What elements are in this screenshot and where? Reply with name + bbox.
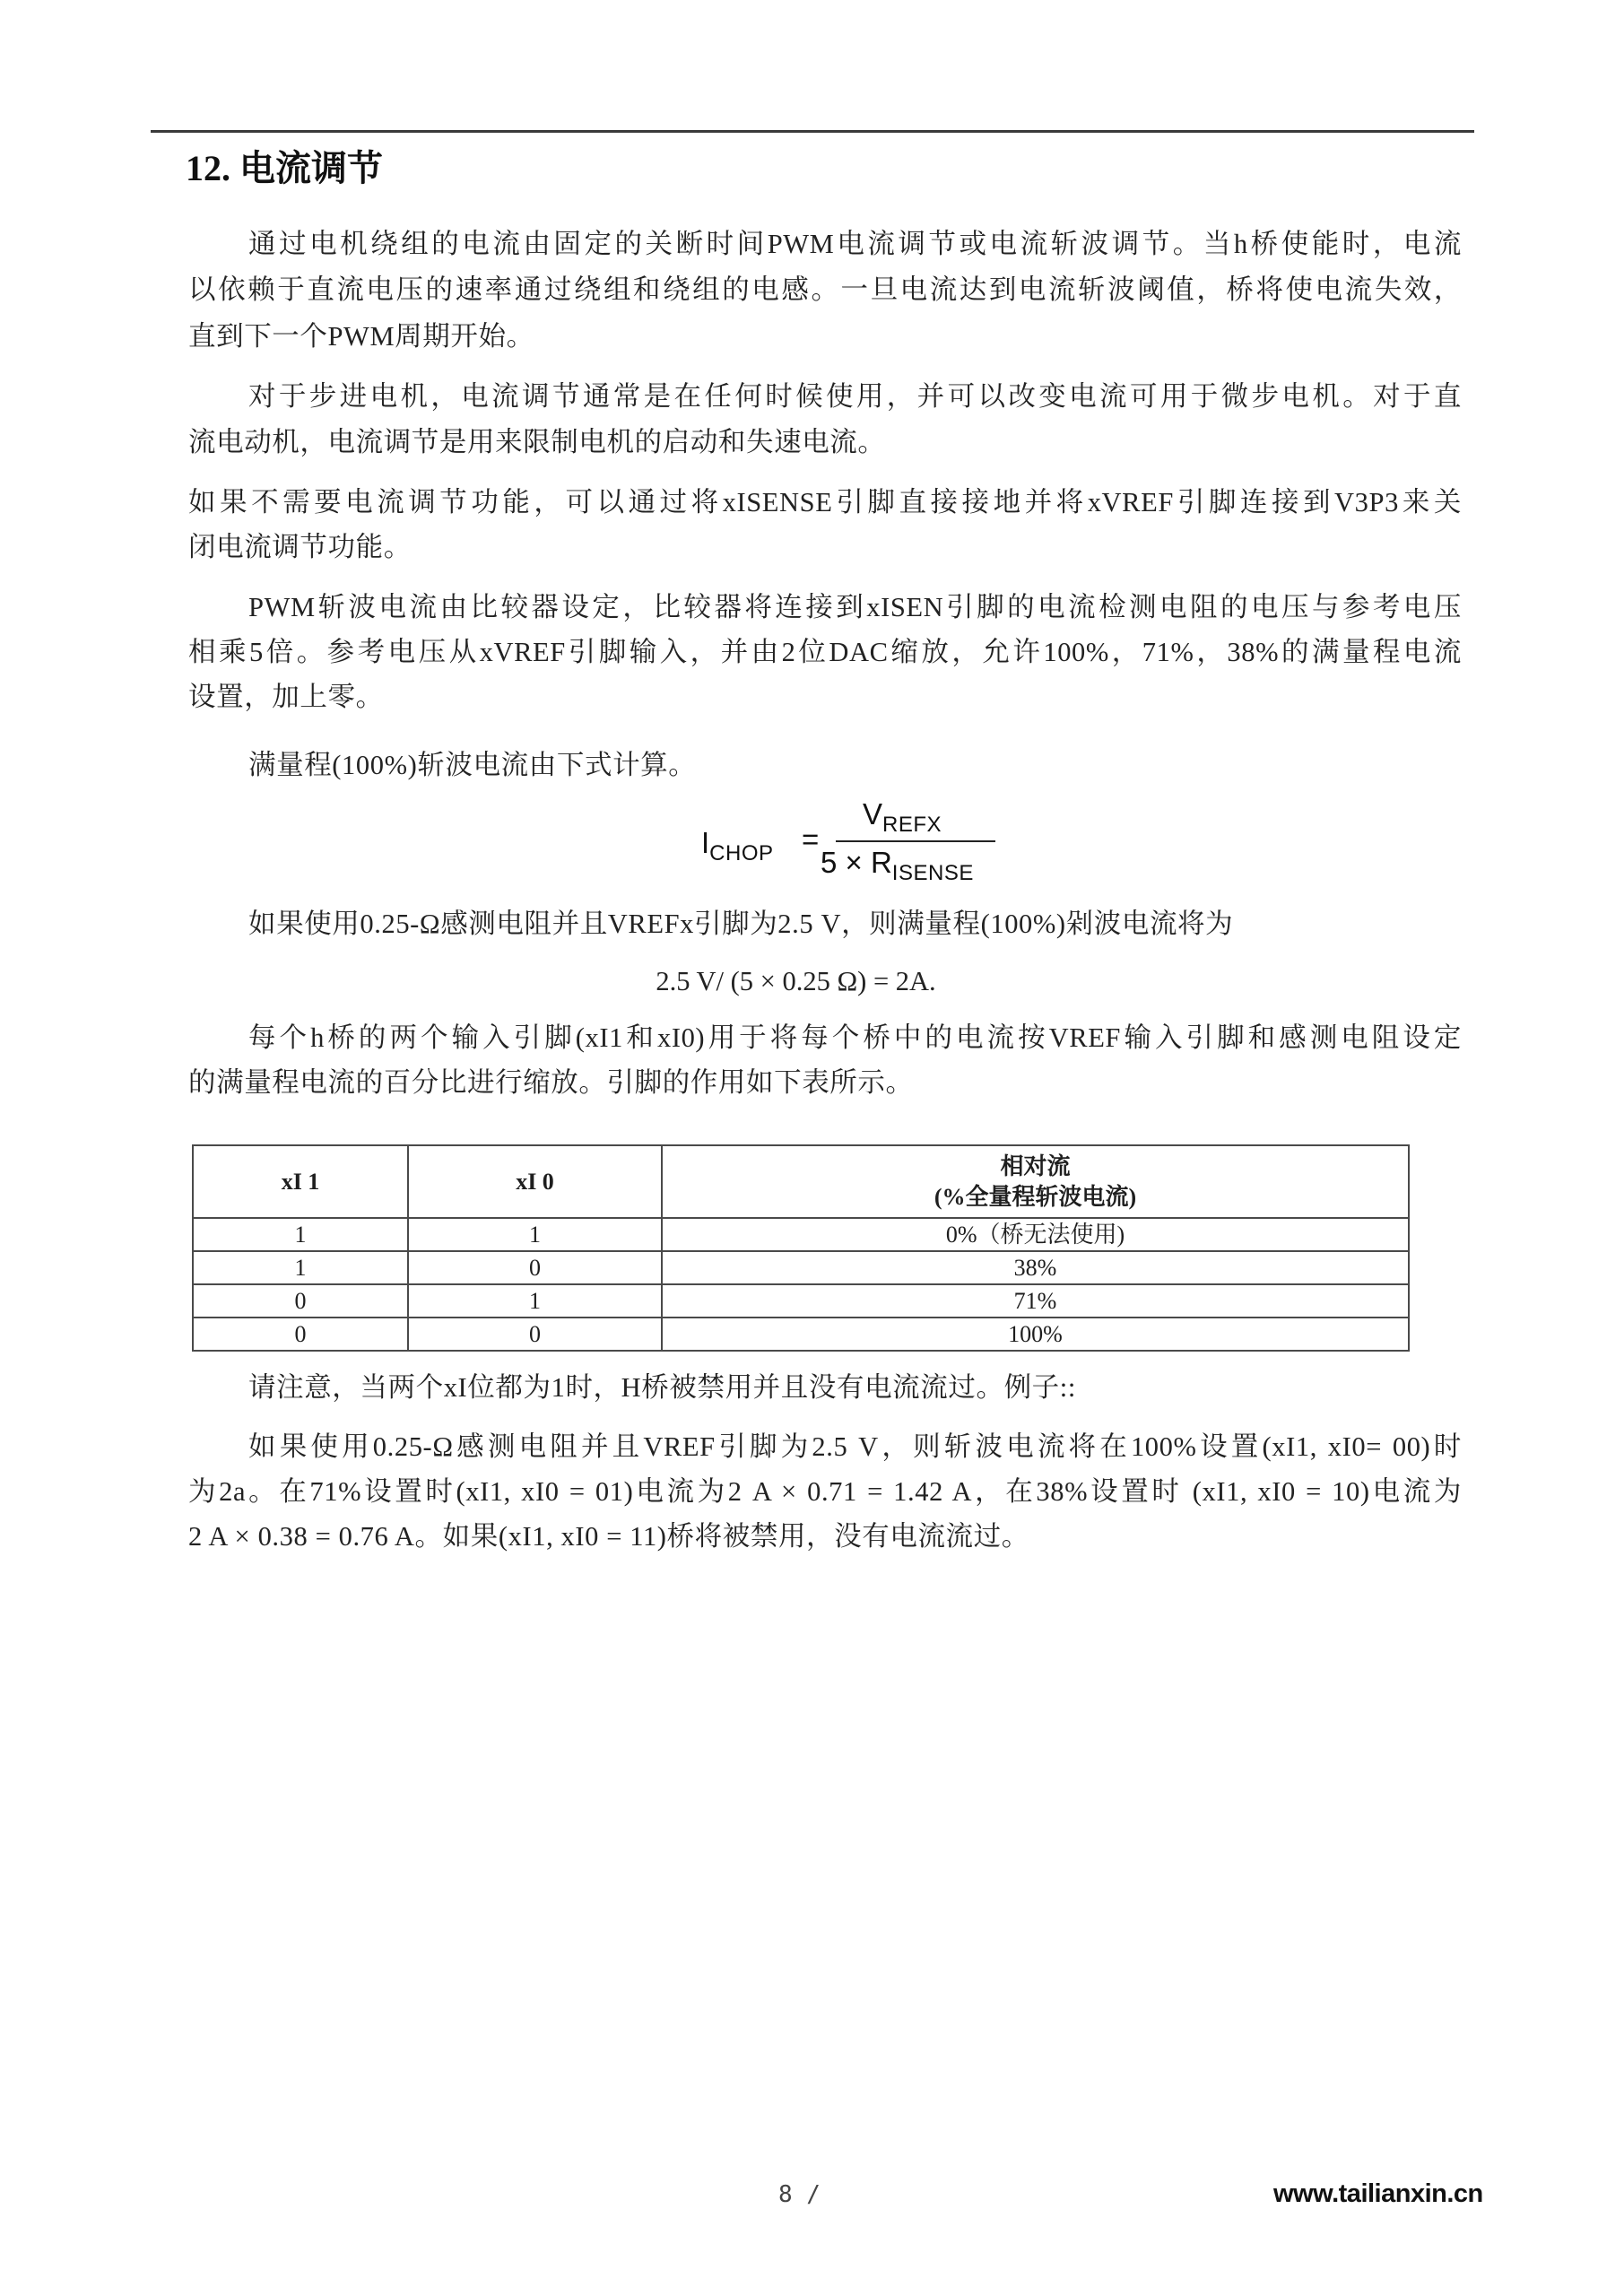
- paragraph-1-line-2: 以依赖于直流电压的速率通过绕组和绕组的电感。一旦电流达到电流斩波阈值，桥将使电流…: [188, 272, 1462, 308]
- table-row: 1 0 38%: [193, 1251, 1409, 1284]
- paragraph-2-line-1: 对于步进电机，电流调节通常是在任何时候使用，并可以改变电流可用于微步电机。对于直: [248, 378, 1462, 414]
- paragraph-5: 满量程(100%)斩波电流由下式计算。: [248, 747, 1462, 783]
- paragraph-9-line-1: 如果使用0.25-Ω感测电阻并且VREF引脚为2.5 V，则斩波电流将在100%…: [248, 1429, 1462, 1465]
- header-xi0: xI 0: [408, 1145, 662, 1218]
- chop-current-formula: ICHOP = VREFX 5 × RISENSE: [701, 798, 997, 888]
- paragraph-3-line-2: 闭电流调节功能。: [188, 529, 1462, 565]
- paragraph-9-line-2: 为2a。在71%设置时(xI1, xI0 = 01)电流为2 A × 0.71 …: [188, 1474, 1462, 1509]
- header-relative-current: 相对流 (%全量程斩波电流): [662, 1145, 1409, 1218]
- formula-numerator: VREFX: [863, 798, 942, 841]
- table-row: 0 0 100%: [193, 1318, 1409, 1351]
- document-page: 12. 电流调节 通过电机绕组的电流由固定的关断时间PWM电流调节或电流斩波调节…: [0, 0, 1624, 2296]
- table-row: 0 1 71%: [193, 1284, 1409, 1318]
- page-number: 8 /: [778, 2181, 821, 2208]
- formula-denominator: 5 × RISENSE: [821, 847, 974, 890]
- paragraph-2-line-2: 流电动机，电流调节是用来限制电机的启动和失速电流。: [188, 424, 1462, 460]
- paragraph-4-line-3: 设置，加上零。: [188, 679, 1462, 715]
- paragraph-7-line-1: 每个h桥的两个输入引脚(xI1和xI0)用于将每个桥中的电流按VREF输入引脚和…: [248, 1020, 1462, 1056]
- paragraph-4-line-2: 相乘5倍。参考电压从xVREF引脚输入，并由2位DAC缩放，允许100%，71%…: [188, 634, 1462, 670]
- paragraph-1-line-1: 通过电机绕组的电流由固定的关断时间PWM电流调节或电流斩波调节。当h桥使能时，电…: [248, 226, 1462, 262]
- table-row: 1 1 0%（桥无法使用): [193, 1218, 1409, 1251]
- current-scaling-table: xI 1 xI 0 相对流 (%全量程斩波电流) 1 1 0%（桥无法使用) 1…: [192, 1144, 1410, 1352]
- formula-equals: =: [802, 823, 819, 856]
- formula-fraction-bar: [836, 840, 995, 842]
- header-xi1: xI 1: [193, 1145, 408, 1218]
- section-title: 12. 电流调节: [186, 147, 383, 190]
- paragraph-3-line-1: 如果不需要电流调节功能，可以通过将xISENSE引脚直接接地并将xVREF引脚连…: [188, 484, 1462, 520]
- formula-lhs: ICHOP: [701, 827, 774, 870]
- paragraph-1-line-3: 直到下一个PWM周期开始。: [188, 318, 1462, 354]
- paragraph-7-line-2: 的满量程电流的百分比进行缩放。引脚的作用如下表所示。: [188, 1065, 1462, 1100]
- paragraph-6: 如果使用0.25-Ω感测电阻并且VREFx引脚为2.5 V，则满量程(100%)…: [248, 906, 1462, 942]
- table-header-row: xI 1 xI 0 相对流 (%全量程斩波电流): [193, 1145, 1409, 1218]
- header-rule: [151, 130, 1474, 133]
- footer-website-link[interactable]: www.tailianxin.cn: [1273, 2179, 1483, 2209]
- paragraph-9-line-3: 2 A × 0.38 = 0.76 A。如果(xI1, xI0 = 11)桥将被…: [188, 1518, 1462, 1554]
- paragraph-4-line-1: PWM斩波电流由比较器设定，比较器将连接到xISEN引脚的电流检测电阻的电压与参…: [248, 589, 1462, 625]
- calculation-line: 2.5 V/ (5 × 0.25 Ω) = 2A.: [0, 963, 1608, 999]
- paragraph-8: 请注意，当两个xI位都为1时，H桥被禁用并且没有电流流过。例子::: [248, 1370, 1462, 1405]
